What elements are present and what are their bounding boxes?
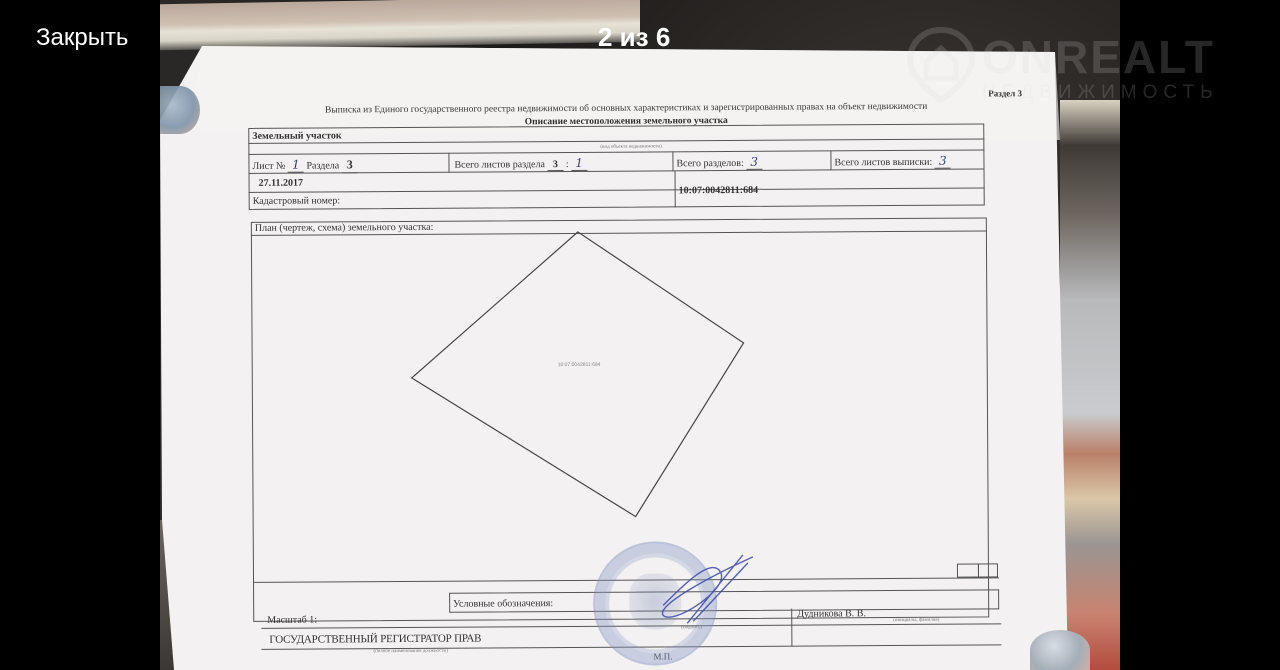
thumb-holding-paper xyxy=(160,86,200,134)
fingertip xyxy=(1030,630,1090,670)
image-counter: 2 из 6 xyxy=(598,22,670,53)
signature-scribble xyxy=(240,83,1004,670)
extract-document: Раздел 3 Выписка из Единого государствен… xyxy=(240,83,1004,670)
document-sheet: Раздел 3 Выписка из Единого государствен… xyxy=(160,0,1120,670)
close-button[interactable]: Закрыть xyxy=(36,24,128,52)
image-viewer: Раздел 3 Выписка из Единого государствен… xyxy=(0,0,1280,670)
photo: Раздел 3 Выписка из Единого государствен… xyxy=(160,0,1120,670)
